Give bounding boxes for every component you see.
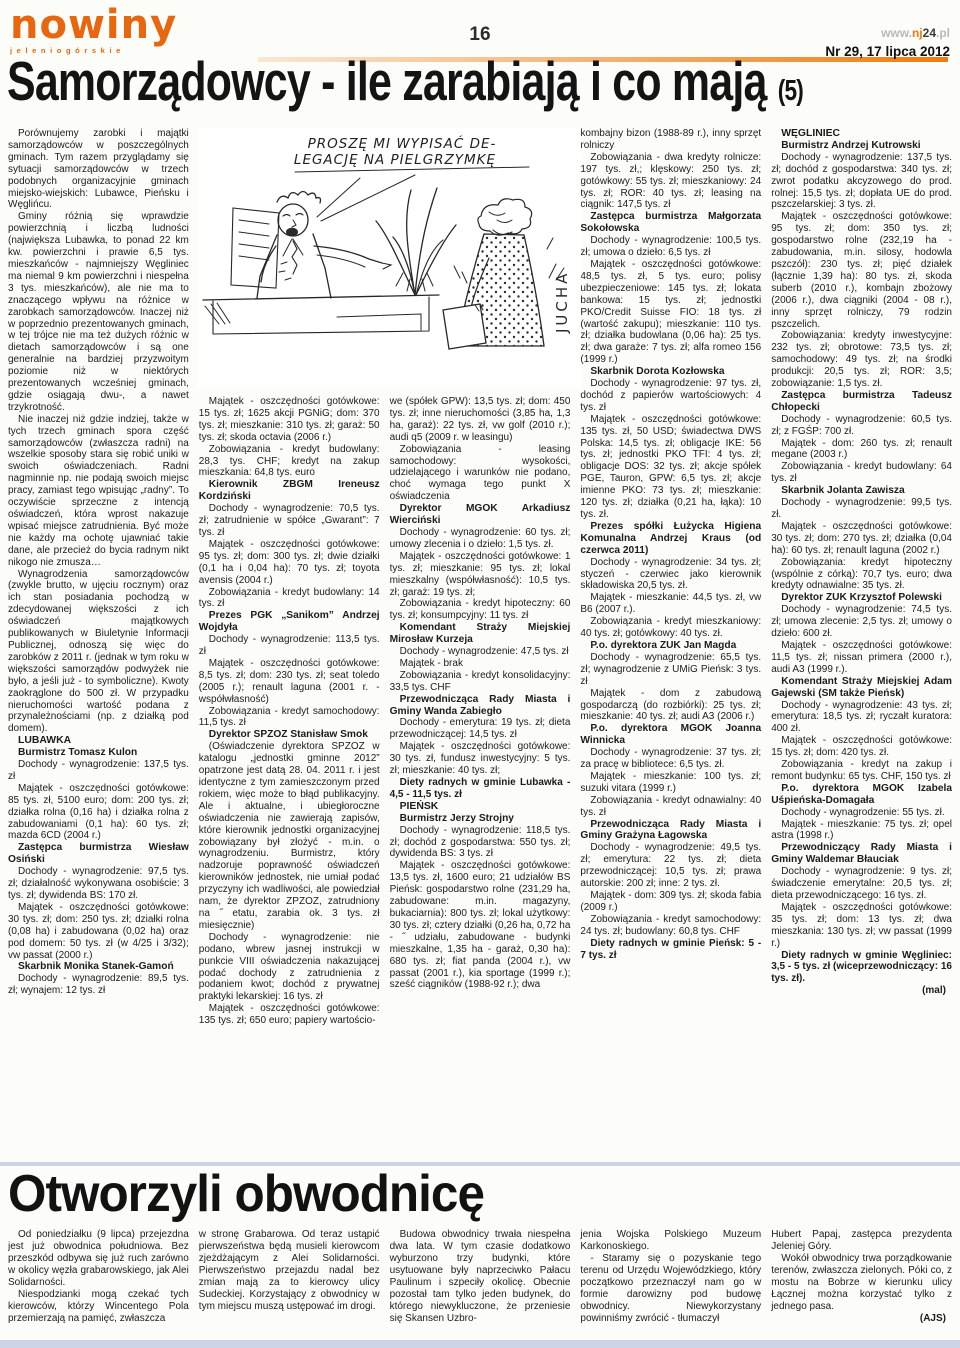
- entry-heading: P.o. dyrektora MGOK Izabela Uśpieńska-Do…: [771, 783, 952, 807]
- author-signature: (AJS): [771, 1313, 952, 1325]
- url-suffix: .pl: [936, 26, 950, 40]
- bottom-article-body: Od poniedziałku (9 lipca) przejezdna jes…: [8, 1229, 952, 1325]
- paragraph-continued: Hubert Papaj, zastępca prezydenta Jeleni…: [771, 1229, 952, 1253]
- paragraph: Zobowiązania - kredyt hipoteczny: 60 tys…: [390, 598, 571, 622]
- paragraph: Gminy różnią się wprawdzie powierzchnią …: [8, 211, 189, 413]
- issue-date: Nr 29, 17 lipca 2012: [825, 44, 950, 59]
- page-number: 16: [440, 24, 520, 46]
- paragraph: Majątek - oszczędności gotówkowe: 35 tys…: [771, 902, 952, 950]
- article-column-4: kombajny bizon (1988-89 r.), inny sprzęt…: [580, 128, 761, 1162]
- newspaper-page: nowiny jeleniogórskie 16 www.nj24.pl Nr …: [0, 0, 960, 1348]
- paragraph-continued: we (spółek GPW): 13,5 tys. zł; dom: 450 …: [390, 396, 571, 444]
- article-column-1: Porównujemy zarobki i majątki samorządow…: [8, 128, 189, 1162]
- section-separator-band: [0, 1162, 960, 1166]
- bottom-column-1: Od poniedziałku (9 lipca) przejezdna jes…: [8, 1229, 189, 1325]
- paragraph: Majątek - oszczędności gotówkowe: 85 tys…: [8, 783, 189, 843]
- paragraph: Majątek - oszczędności gotówkowe: 8,5 ty…: [199, 658, 380, 706]
- entry-heading: P.o. dyrektora ZUK Jan Magda: [580, 640, 761, 652]
- paragraph: Majątek - dom: 260 tys. zł; renault mega…: [771, 438, 952, 462]
- paragraph: Dochody - wynagrodzenie: 34 tys. zł; sty…: [580, 557, 761, 593]
- entry-heading: Skarbnik Monika Stanek-Gamoń: [8, 961, 189, 973]
- paragraph: Majątek - dom z zabudową gospodarczą (do…: [580, 688, 761, 724]
- paragraph: Dochody - wynagrodzenie: 97 tys. zł, doc…: [580, 378, 761, 414]
- paragraph: Zobowiązania - kredyt budowlany: 28,3 ty…: [199, 444, 380, 480]
- paragraph: Dochody - wynagrodzenie: 137,5 tys. zł: [8, 759, 189, 783]
- paragraph: Majątek - brak: [390, 658, 571, 670]
- paragraph: Dochody - wynagrodzenie: 65,5 tys. zł; w…: [580, 652, 761, 688]
- paragraph: Dochody - wynagrodzenie: 118,5 tys. zł; …: [390, 825, 571, 861]
- paragraph: Dochody - wynagrodzenie: 49,5 tys. zł; e…: [580, 842, 761, 890]
- paragraph: Zobowiązania - kredyt budowlany: 14 tys.…: [199, 587, 380, 611]
- cartoon-drawing: PROSZĘ MI WYPISAĆ DE- LEGACJĘ NA PIELGRZ…: [197, 128, 581, 388]
- entry-heading: Burmistrz Tomasz Kulon: [8, 747, 189, 759]
- url-nj: nj: [912, 26, 923, 40]
- entry-heading: Dyrektor SPZOZ Stanisław Smok: [199, 729, 380, 741]
- entry-heading: Prezes spółki Łużycka Higiena Komunalna …: [580, 521, 761, 557]
- paragraph: Niespodzianki mogą czekać tych kierowców…: [8, 1289, 189, 1325]
- paragraph: Majątek - oszczędności gotówkowe: 15 tys…: [771, 735, 952, 759]
- paragraph: Dochody - wynagrodzenie: 37 tys. zł; za …: [580, 747, 761, 771]
- paragraph: Dochody - wynagrodzenie: 100,5 tys. zł; …: [580, 235, 761, 259]
- summary-line: Diety radnych w gminie Węgliniec: 3,5 - …: [771, 950, 952, 986]
- paragraph: Majątek - oszczędności gotówkowe: 15 tys…: [199, 396, 380, 444]
- entry-heading: Komendant Straży Miejskiej Mirosław Kurz…: [390, 622, 571, 646]
- entry-heading: Zastępca burmistrza Tadeusz Chłopecki: [771, 390, 952, 414]
- paragraph: Zobowiązania - leasing samochodowy: wyso…: [390, 444, 571, 504]
- bottom-column-4: jenia Wojska Polskiego Muzeum Karkonoski…: [580, 1229, 761, 1325]
- paragraph: Budowa obwodnicy trwała niespełna dwa la…: [390, 1229, 571, 1325]
- url-24: 24: [923, 26, 936, 40]
- newspaper-logo: nowiny jeleniogórskie: [10, 8, 177, 55]
- entry-heading: P.o. dyrektora MGOK Joanna Winnicka: [580, 723, 761, 747]
- entry-heading: Skarbnik Jolanta Zawisza: [771, 485, 952, 497]
- paragraph: Wokół obwodnicy trwa porządkowanie teren…: [771, 1253, 952, 1313]
- paragraph: Majątek - oszczędności gotówkowe: 1 tys.…: [390, 551, 571, 599]
- cartoon-caption-line2: LEGACJĘ NA PIELGRZYMKĘ: [294, 152, 496, 168]
- page-bottom-band: [0, 1340, 960, 1348]
- paragraph: Dochody - wynagrodzenie: 97,5 tys. zł; d…: [8, 866, 189, 902]
- paragraph: Majątek - oszczędności gotówkowe: 11,5 t…: [771, 640, 952, 676]
- paragraph: (Oświadczenie dyrektora SPZOZ w katalogu…: [199, 741, 380, 932]
- paragraph-continued: kombajny bizon (1988-89 r.), inny sprzęt…: [580, 128, 761, 152]
- paragraph: - Staramy się o pozyskanie tego terenu o…: [580, 1253, 761, 1325]
- entry-heading: Przewodnicząca Rady Miasta i Gminy Wanda…: [390, 694, 571, 718]
- section-heading: PIEŃSK: [390, 801, 571, 813]
- logo-title: nowiny: [10, 8, 177, 43]
- entry-heading: Przewodniczący Rady Miasta i Gminy Walde…: [771, 842, 952, 866]
- paragraph: Dochody - wynagrodzenie: 43 tys. zł; eme…: [771, 700, 952, 736]
- bottom-headline: Otworzyli obwodnicę: [8, 1168, 905, 1220]
- paragraph: Nie inaczej niż gdzie indziej, także w t…: [8, 414, 189, 569]
- paragraph: Zobowiązania - kredyt mieszkaniowy: 40 t…: [580, 616, 761, 640]
- entry-heading: Burmistrz Jerzy Strojny: [390, 813, 571, 825]
- paragraph: Zobowiązania: kredyty inwestycyjne: 232 …: [771, 330, 952, 390]
- bottom-column-3: Budowa obwodnicy trwała niespełna dwa la…: [390, 1229, 571, 1325]
- paragraph: Dochody - wynagrodzenie: 60 tys. zł; umo…: [390, 527, 571, 551]
- main-headline: Samorządowcy - ile zarabiają i co mają (…: [7, 54, 803, 109]
- paragraph: Zobowiązania - kredyt odnawialny: 40 tys…: [580, 795, 761, 819]
- bottom-column-5: Hubert Papaj, zastępca prezydenta Jeleni…: [771, 1229, 952, 1325]
- paragraph: Zobowiązania - kredyt konsolidacyjny: 33…: [390, 670, 571, 694]
- paragraph: Dochody - wynagrodzenie: 60,5 tys. zł; z…: [771, 414, 952, 438]
- paragraph: Majątek - oszczędności gotówkowe: 30 tys…: [771, 521, 952, 557]
- bottom-column-2: w stronę Grabarowa. Od teraz ustąpić pie…: [199, 1229, 380, 1325]
- entry-heading: Skarbnik Dorota Kozłowska: [580, 366, 761, 378]
- paragraph: Od poniedziałku (9 lipca) przejezdna jes…: [8, 1229, 189, 1289]
- paragraph: Zobowiązania - dwa kredyty rolnicze: 197…: [580, 152, 761, 212]
- section-heading: LUBAWKA: [8, 735, 189, 747]
- entry-heading: Zastępca burmistrza Małgorzata Sokołowsk…: [580, 211, 761, 235]
- paragraph: Wynagrodzenia samorządowców (zwykle brut…: [8, 569, 189, 736]
- paragraph: Majątek - oszczędności gotówkowe: 13,5 t…: [390, 860, 571, 991]
- paragraph: Majątek - oszczędności gotówkowe: 95 tys…: [199, 539, 380, 587]
- paragraph-continued: jenia Wojska Polskiego Muzeum Karkonoski…: [580, 1229, 761, 1253]
- entry-heading: Burmistrz Andrzej Kutrowski: [771, 140, 952, 152]
- paragraph: Majątek - oszczędności gotówkowe: 30 tys…: [8, 902, 189, 962]
- paragraph: Zobowiązania - kredyt samochodowy: 24 ty…: [580, 914, 761, 938]
- paragraph: Dochody - wynagrodzenie: 113,5 tys. zł: [199, 634, 380, 658]
- main-article-body: Porównujemy zarobki i majątki samorządow…: [8, 128, 952, 1162]
- paragraph: Dochody - wynagrodzenie: 55 tys. zł.: [771, 807, 952, 819]
- headline-text: Samorządowcy - ile zarabiają i co mają: [7, 50, 767, 112]
- paragraph: Majątek - dom: 309 tys. zł; skoda fabia …: [580, 890, 761, 914]
- entry-heading: Kierownik ZBGM Ireneusz Kordziński: [199, 479, 380, 503]
- entry-heading: Dyrektor MGOK Arkadiusz Wierciński: [390, 503, 571, 527]
- paragraph: Dochody - wynagrodzenie: nie podano, wbr…: [199, 932, 380, 1003]
- paragraph: Majątek - oszczędności gotówkowe: 95 tys…: [771, 211, 952, 330]
- paragraph: Majątek - mieszkanie: 100 tys. zł; suzuk…: [580, 771, 761, 795]
- paragraph: Zobowiązania: kredyt hipoteczny (wspólni…: [771, 557, 952, 593]
- paragraph: Majątek - oszczędności gotówkowe: 135 ty…: [580, 414, 761, 521]
- paragraph: Zobowiązania - kredyt samochodowy: 11,5 …: [199, 706, 380, 730]
- paragraph: Porównujemy zarobki i majątki samorządow…: [8, 128, 189, 211]
- paragraph: Zobowiązania - kredyt budowlany: 64 tys.…: [771, 461, 952, 485]
- paragraph: Dochody - wynagrodzenie: 99,5 tys. zł.: [771, 497, 952, 521]
- paragraph: Zobowiązania - kredyt na zakup i remont …: [771, 759, 952, 783]
- paragraph: Majątek - mieszkanie: 44,5 tys. zł, vw B…: [580, 592, 761, 616]
- article-column-5: WĘGLINIECBurmistrz Andrzej KutrowskiDoch…: [771, 128, 952, 1162]
- paragraph: Majątek - oszczędności gotówkowe: 135 ty…: [199, 1003, 380, 1027]
- entry-heading: Przewodnicząca Rady Miasta i Gminy Graży…: [580, 819, 761, 843]
- author-signature: (mal): [771, 985, 952, 997]
- paragraph: Dochody - wynagrodzenie: 89,5 tys. zł; w…: [8, 973, 189, 997]
- paragraph: Dochody - emerytura: 19 tys. zł; dieta p…: [390, 717, 571, 741]
- paragraph: Majątek - oszczędności gotówkowe: 48,5 t…: [580, 259, 761, 366]
- cartoonist-signature: JUCHA: [553, 271, 571, 334]
- entry-heading: Prezes PGK „Sanikom” Andrzej Wojdyła: [199, 610, 380, 634]
- paragraph: Majątek - oszczędności gotówkowe: 30 tys…: [390, 741, 571, 777]
- paragraph: Majątek - mieszkanie: 75 tys. zł; opel a…: [771, 819, 952, 843]
- entry-heading: Zastępca burmistrza Wiesław Osiński: [8, 842, 189, 866]
- editorial-cartoon: PROSZĘ MI WYPISAĆ DE- LEGACJĘ NA PIELGRZ…: [197, 128, 581, 388]
- headline-part-number: (5): [778, 75, 803, 107]
- section-heading: WĘGLINIEC: [771, 128, 952, 140]
- paragraph: Dochody - wynagrodzenie: 9 tys. zł; świa…: [771, 866, 952, 902]
- entry-heading: Komendant Straży Miejskiej Adam Gajewski…: [771, 676, 952, 700]
- website-url: www.nj24.pl: [881, 26, 950, 40]
- entry-heading: Dyrektor ZUK Krzysztof Polewski: [771, 592, 952, 604]
- url-prefix: www.: [881, 26, 912, 40]
- summary-line: Diety radnych w gminie Pieńsk: 5 - 7 tys…: [580, 938, 761, 962]
- paragraph-continued: w stronę Grabarowa. Od teraz ustąpić pie…: [199, 1229, 380, 1313]
- paragraph: Dochody - wynagrodzenie: 70,5 tys. zł; z…: [199, 503, 380, 539]
- paragraph: Dochody - wynagrodzenie: 74,5 tys. zł; u…: [771, 604, 952, 640]
- paragraph: Dochody - wynagrodzenie: 137,5 tys. zł; …: [771, 152, 952, 212]
- paragraph: Dochody - wynagrodzenie: 47,5 tys. zł: [390, 646, 571, 658]
- summary-line: Diety radnych w gminie Lubawka - 4,5 - 1…: [390, 777, 571, 801]
- cartoon-caption-line1: PROSZĘ MI WYPISAĆ DE-: [308, 134, 497, 152]
- bottom-article: Otworzyli obwodnicę Od poniedziałku (9 l…: [8, 1168, 952, 1340]
